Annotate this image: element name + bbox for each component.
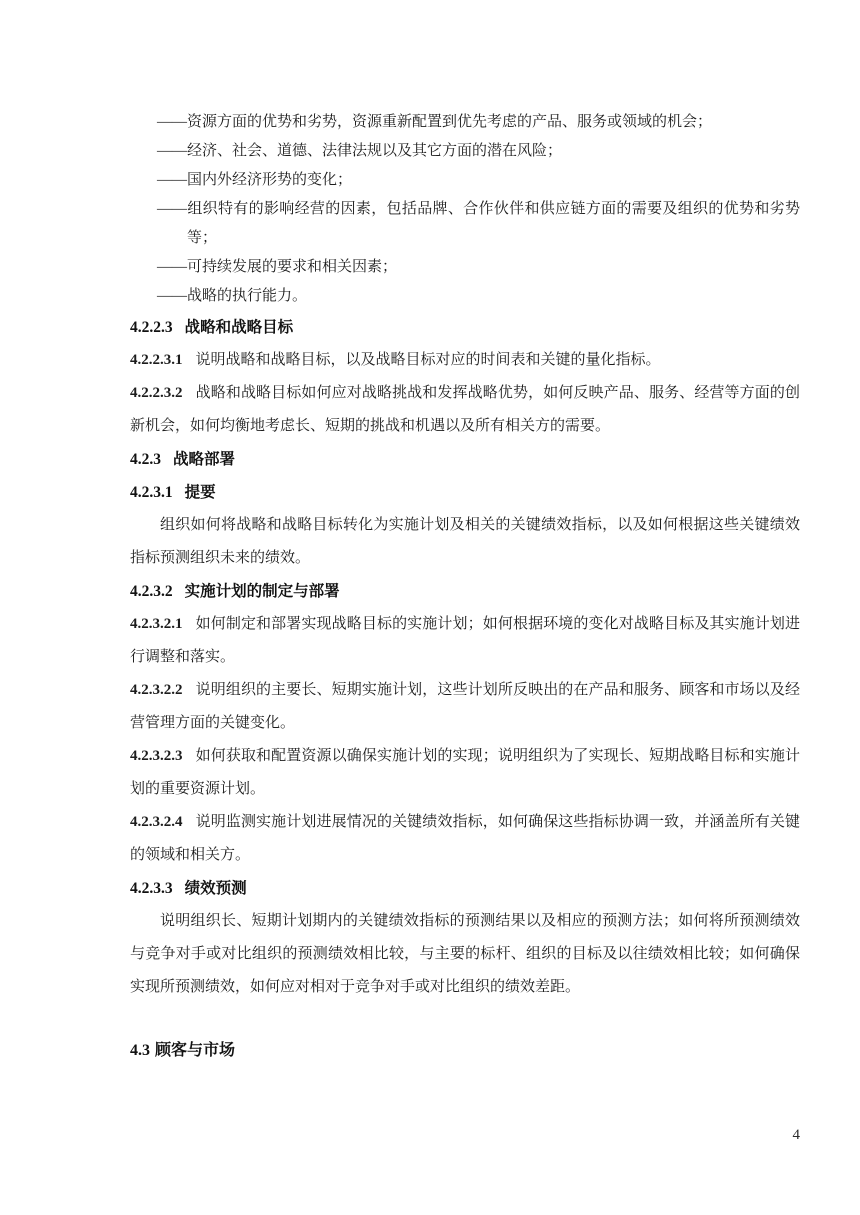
- dash-item-resources: ——资源方面的优势和劣势，资源重新配置到优先考虑的产品、服务或领域的机会；: [187, 108, 800, 137]
- heading-number: 4.2.3.1: [130, 484, 173, 501]
- heading-number: 4.2.3.2: [130, 583, 173, 600]
- clause-text: 说明战略和战略目标，以及战略目标对应的时间表和关键的量化指标。: [196, 352, 661, 368]
- clause-number: 4.2.2.3.2: [130, 385, 183, 401]
- body-paragraph-4-2-3-1: 组织如何将战略和战略目标转化为实施计划及相关的关键绩效指标，以及如何根据这些关键…: [130, 509, 800, 575]
- clause-text: 说明监测实施计划进展情况的关键绩效指标，如何确保这些指标协调一致，并涵盖所有关键…: [130, 814, 800, 863]
- clause-text: 战略和战略目标如何应对战略挑战和发挥战略优势，如何反映产品、服务、经营等方面的创…: [130, 385, 800, 434]
- clause-4-2-3-2-4: 4.2.3.2.4说明监测实施计划进展情况的关键绩效指标，如何确保这些指标协调一…: [130, 806, 800, 872]
- dash-list: ——资源方面的优势和劣势，资源重新配置到优先考虑的产品、服务或领域的机会； ——…: [130, 108, 800, 311]
- heading-4-3: 4.3顾客与市场: [130, 1034, 800, 1067]
- document-page: ——资源方面的优势和劣势，资源重新配置到优先考虑的产品、服务或领域的机会； ——…: [0, 0, 860, 1215]
- dash-item-execution: ——战略的执行能力。: [187, 282, 800, 311]
- heading-4-2-3-3: 4.2.3.3绩效预测: [130, 872, 800, 905]
- heading-4-2-3: 4.2.3战略部署: [130, 443, 800, 476]
- clause-4-2-3-2-2: 4.2.3.2.2说明组织的主要长、短期实施计划，这些计划所反映出的在产品和服务…: [130, 674, 800, 740]
- heading-number: 4.2.2.3: [130, 319, 173, 336]
- heading-title: 绩效预测: [185, 880, 247, 897]
- heading-number: 4.2.3: [130, 451, 161, 468]
- dash-item-economy: ——国内外经济形势的变化；: [187, 166, 800, 195]
- heading-4-2-2-3: 4.2.2.3战略和战略目标: [130, 311, 800, 344]
- dash-item-org-factors: ——组织特有的影响经营的因素，包括品牌、合作伙伴和供应链方面的需要及组织的优势和…: [187, 195, 800, 253]
- clause-number: 4.2.2.3.1: [130, 352, 183, 368]
- heading-4-2-3-2: 4.2.3.2实施计划的制定与部署: [130, 575, 800, 608]
- body-paragraph-4-2-3-3: 说明组织长、短期计划期内的关键绩效指标的预测结果以及相应的预测方法；如何将所预测…: [130, 905, 800, 1004]
- heading-title: 顾客与市场: [155, 1042, 235, 1059]
- heading-title: 战略部署: [173, 451, 235, 468]
- clause-number: 4.2.3.2.4: [130, 814, 183, 830]
- dash-item-sustainability: ——可持续发展的要求和相关因素；: [187, 253, 800, 282]
- heading-title: 战略和战略目标: [185, 319, 294, 336]
- heading-title: 实施计划的制定与部署: [185, 583, 340, 600]
- clause-number: 4.2.3.2.2: [130, 682, 183, 698]
- dash-item-risks: ——经济、社会、道德、法律法规以及其它方面的潜在风险；: [187, 137, 800, 166]
- clause-4-2-3-2-3: 4.2.3.2.3如何获取和配置资源以确保实施计划的实现；说明组织为了实现长、短…: [130, 740, 800, 806]
- clause-4-2-2-3-1: 4.2.2.3.1说明战略和战略目标，以及战略目标对应的时间表和关键的量化指标。: [130, 344, 800, 377]
- clause-number: 4.2.3.2.1: [130, 616, 183, 632]
- heading-number: 4.3: [130, 1042, 150, 1059]
- heading-number: 4.2.3.3: [130, 880, 173, 897]
- heading-4-2-3-1: 4.2.3.1提要: [130, 476, 800, 509]
- clause-4-2-3-2-1: 4.2.3.2.1如何制定和部署实现战略目标的实施计划；如何根据环境的变化对战略…: [130, 608, 800, 674]
- heading-title: 提要: [185, 484, 216, 501]
- page-number: 4: [793, 1121, 801, 1150]
- clause-number: 4.2.3.2.3: [130, 748, 183, 764]
- clause-text: 如何获取和配置资源以确保实施计划的实现；说明组织为了实现长、短期战略目标和实施计…: [130, 748, 800, 797]
- clause-text: 如何制定和部署实现战略目标的实施计划；如何根据环境的变化对战略目标及其实施计划进…: [130, 616, 800, 665]
- clause-text: 说明组织的主要长、短期实施计划，这些计划所反映出的在产品和服务、顾客和市场以及经…: [130, 682, 800, 731]
- clause-4-2-2-3-2: 4.2.2.3.2战略和战略目标如何应对战略挑战和发挥战略优势，如何反映产品、服…: [130, 377, 800, 443]
